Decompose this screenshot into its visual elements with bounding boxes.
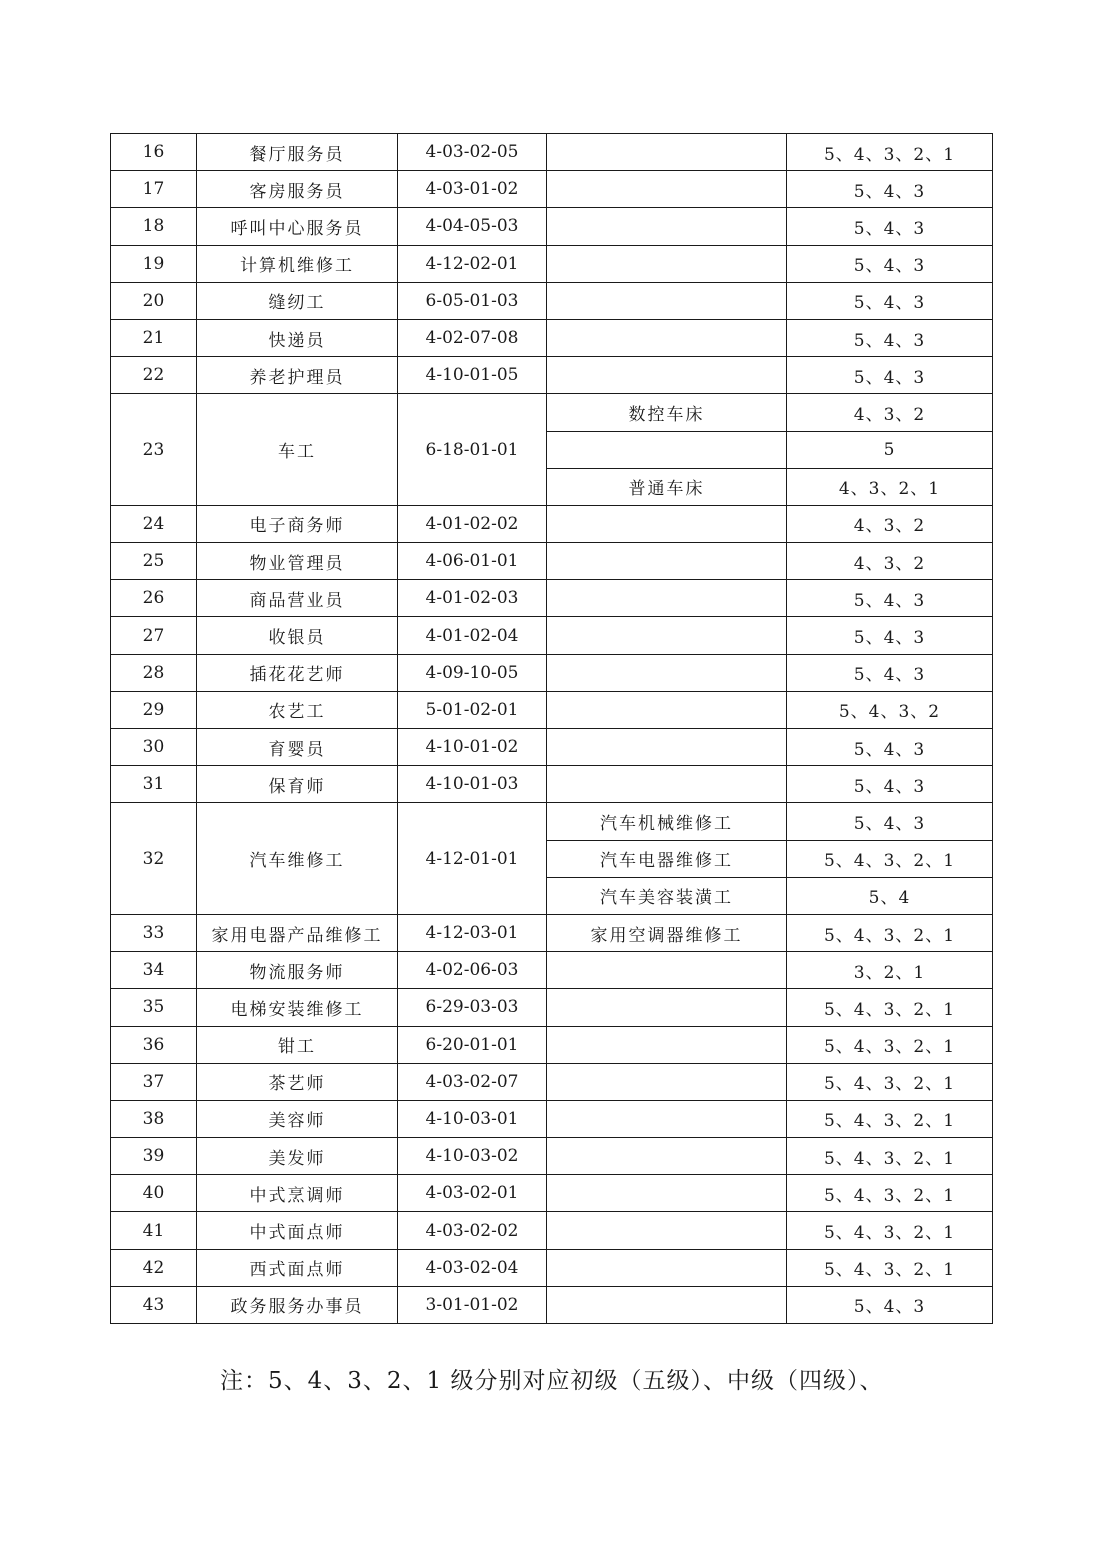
work-direction [547, 1175, 787, 1212]
work-direction: 汽车美容装潢工 [547, 877, 787, 914]
occupation-code: 4-01-02-02 [398, 505, 547, 542]
work-direction [547, 357, 787, 394]
occupation-name: 缝纫工 [197, 282, 398, 319]
occupation-code: 6-20-01-01 [398, 1026, 547, 1063]
occupation-name: 收银员 [197, 617, 398, 654]
skill-levels: 5、4、3 [787, 171, 993, 208]
row-number: 37 [111, 1063, 197, 1100]
occupation-name: 车工 [197, 394, 398, 506]
row-number: 39 [111, 1138, 197, 1175]
occupation-code: 4-03-02-02 [398, 1212, 547, 1249]
skill-levels: 5、4、3、2、1 [787, 989, 993, 1026]
row-number: 26 [111, 580, 197, 617]
occupation-name: 电子商务师 [197, 505, 398, 542]
table-row: 24电子商务师4-01-02-024、3、2 [111, 505, 993, 542]
row-number: 22 [111, 357, 197, 394]
row-number: 30 [111, 729, 197, 766]
work-direction [547, 245, 787, 282]
occupation-code: 5-01-02-01 [398, 691, 547, 728]
table-row: 37茶艺师4-03-02-075、4、3、2、1 [111, 1063, 993, 1100]
skill-levels: 5、4、3 [787, 282, 993, 319]
row-number: 35 [111, 989, 197, 1026]
occupation-name: 插花花艺师 [197, 654, 398, 691]
occupation-name: 美发师 [197, 1138, 398, 1175]
occupation-code: 4-12-01-01 [398, 803, 547, 915]
table-row: 39美发师4-10-03-025、4、3、2、1 [111, 1138, 993, 1175]
skill-levels: 5、4、3、2、1 [787, 1138, 993, 1175]
row-number: 40 [111, 1175, 197, 1212]
table-row: 33家用电器产品维修工4-12-03-01家用空调器维修工5、4、3、2、1 [111, 914, 993, 951]
row-number: 31 [111, 766, 197, 803]
work-direction [547, 319, 787, 356]
work-direction: 普通车床 [547, 468, 787, 505]
occupation-name: 中式面点师 [197, 1212, 398, 1249]
work-direction [547, 1026, 787, 1063]
table-row: 28插花花艺师4-09-10-055、4、3 [111, 654, 993, 691]
table-row: 20缝纫工6-05-01-035、4、3 [111, 282, 993, 319]
occupation-name: 物流服务师 [197, 952, 398, 989]
occupation-code: 4-10-01-05 [398, 357, 547, 394]
row-number: 20 [111, 282, 197, 319]
occupation-name: 快递员 [197, 319, 398, 356]
work-direction [547, 691, 787, 728]
skill-levels: 5、4、3、2 [787, 691, 993, 728]
occupation-code: 3-01-01-02 [398, 1286, 547, 1323]
skill-levels: 5、4、3、2、1 [787, 1063, 993, 1100]
skill-levels: 5、4、3、2、1 [787, 1100, 993, 1137]
work-direction [547, 1212, 787, 1249]
work-direction [547, 1286, 787, 1323]
skill-levels: 5、4、3、2、1 [787, 1175, 993, 1212]
occupation-table-body: 16餐厅服务员4-03-02-055、4、3、2、117客房服务员4-03-01… [111, 134, 993, 1324]
row-number: 28 [111, 654, 197, 691]
work-direction [547, 729, 787, 766]
occupation-name: 客房服务员 [197, 171, 398, 208]
work-direction [547, 654, 787, 691]
occupation-table: 16餐厅服务员4-03-02-055、4、3、2、117客房服务员4-03-01… [110, 133, 993, 1324]
occupation-code: 4-01-02-04 [398, 617, 547, 654]
work-direction [547, 505, 787, 542]
row-number: 38 [111, 1100, 197, 1137]
skill-levels: 5、4、3、2、1 [787, 840, 993, 877]
row-number: 34 [111, 952, 197, 989]
occupation-code: 4-04-05-03 [398, 208, 547, 245]
work-direction: 数控车床 [547, 394, 787, 431]
table-row: 32汽车维修工4-12-01-01汽车机械维修工5、4、3 [111, 803, 993, 840]
table-row: 41中式面点师4-03-02-025、4、3、2、1 [111, 1212, 993, 1249]
occupation-code: 4-03-02-05 [398, 134, 547, 171]
work-direction [547, 431, 787, 468]
occupation-name: 保育师 [197, 766, 398, 803]
occupation-name: 农艺工 [197, 691, 398, 728]
skill-levels: 5、4、3 [787, 208, 993, 245]
row-number: 43 [111, 1286, 197, 1323]
table-row: 35电梯安装维修工6-29-03-035、4、3、2、1 [111, 989, 993, 1026]
occupation-name: 电梯安装维修工 [197, 989, 398, 1026]
occupation-name: 餐厅服务员 [197, 134, 398, 171]
table-row: 25物业管理员4-06-01-014、3、2 [111, 543, 993, 580]
table-row: 42西式面点师4-03-02-045、4、3、2、1 [111, 1249, 993, 1286]
work-direction: 汽车机械维修工 [547, 803, 787, 840]
occupation-code: 4-01-02-03 [398, 580, 547, 617]
row-number: 19 [111, 245, 197, 282]
occupation-code: 4-03-01-02 [398, 171, 547, 208]
occupation-code: 6-29-03-03 [398, 989, 547, 1026]
table-row: 36钳工6-20-01-015、4、3、2、1 [111, 1026, 993, 1063]
occupation-name: 计算机维修工 [197, 245, 398, 282]
occupation-name: 美容师 [197, 1100, 398, 1137]
table-row: 21快递员4-02-07-085、4、3 [111, 319, 993, 356]
work-direction [547, 282, 787, 319]
skill-levels: 5、4、3、2、1 [787, 914, 993, 951]
skill-levels: 5、4、3、2、1 [787, 1249, 993, 1286]
row-number: 32 [111, 803, 197, 915]
table-row: 26商品营业员4-01-02-035、4、3 [111, 580, 993, 617]
occupation-code: 4-10-01-02 [398, 729, 547, 766]
row-number: 29 [111, 691, 197, 728]
skill-levels: 5、4、3 [787, 766, 993, 803]
occupation-name: 商品营业员 [197, 580, 398, 617]
table-row: 30育婴员4-10-01-025、4、3 [111, 729, 993, 766]
occupation-name: 育婴员 [197, 729, 398, 766]
work-direction [547, 989, 787, 1026]
work-direction [547, 766, 787, 803]
occupation-code: 4-10-03-01 [398, 1100, 547, 1137]
occupation-code: 4-03-02-04 [398, 1249, 547, 1286]
footnote: 注：5、4、3、2、1 级分别对应初级（五级）、中级（四级）、 [220, 1362, 883, 1395]
work-direction [547, 580, 787, 617]
occupation-code: 4-12-02-01 [398, 245, 547, 282]
skill-levels: 5、4、3 [787, 357, 993, 394]
skill-levels: 5、4、3 [787, 617, 993, 654]
work-direction [547, 1063, 787, 1100]
table-row: 31保育师4-10-01-035、4、3 [111, 766, 993, 803]
occupation-name: 呼叫中心服务员 [197, 208, 398, 245]
work-direction [547, 1249, 787, 1286]
work-direction [547, 1138, 787, 1175]
skill-levels: 3、2、1 [787, 952, 993, 989]
row-number: 42 [111, 1249, 197, 1286]
skill-levels: 5、4、3 [787, 245, 993, 282]
occupation-name: 物业管理员 [197, 543, 398, 580]
row-number: 18 [111, 208, 197, 245]
skill-levels: 5、4、3 [787, 580, 993, 617]
table-row: 16餐厅服务员4-03-02-055、4、3、2、1 [111, 134, 993, 171]
occupation-code: 4-03-02-07 [398, 1063, 547, 1100]
occupation-code: 4-06-01-01 [398, 543, 547, 580]
table-row: 29农艺工5-01-02-015、4、3、2 [111, 691, 993, 728]
table-row: 43政务服务办事员3-01-01-025、4、3 [111, 1286, 993, 1323]
skill-levels: 4、3、2、1 [787, 468, 993, 505]
row-number: 24 [111, 505, 197, 542]
skill-levels: 5、4、3 [787, 319, 993, 356]
occupation-name: 家用电器产品维修工 [197, 914, 398, 951]
occupation-name: 茶艺师 [197, 1063, 398, 1100]
skill-levels: 5、4、3 [787, 803, 993, 840]
row-number: 33 [111, 914, 197, 951]
table-row: 27收银员4-01-02-045、4、3 [111, 617, 993, 654]
occupation-name: 钳工 [197, 1026, 398, 1063]
row-number: 41 [111, 1212, 197, 1249]
skill-levels: 5、4 [787, 877, 993, 914]
skill-levels: 5、4、3、2、1 [787, 1212, 993, 1249]
occupation-code: 4-03-02-01 [398, 1175, 547, 1212]
row-number: 36 [111, 1026, 197, 1063]
occupation-name: 汽车维修工 [197, 803, 398, 915]
row-number: 23 [111, 394, 197, 506]
document-page: 16餐厅服务员4-03-02-055、4、3、2、117客房服务员4-03-01… [0, 0, 1102, 1559]
occupation-code: 4-12-03-01 [398, 914, 547, 951]
skill-levels: 4、3、2 [787, 394, 993, 431]
work-direction [547, 208, 787, 245]
occupation-name: 西式面点师 [197, 1249, 398, 1286]
work-direction [547, 543, 787, 580]
occupation-code: 6-05-01-03 [398, 282, 547, 319]
table-row: 38美容师4-10-03-015、4、3、2、1 [111, 1100, 993, 1137]
row-number: 21 [111, 319, 197, 356]
occupation-name: 政务服务办事员 [197, 1286, 398, 1323]
skill-levels: 5、4、3 [787, 654, 993, 691]
work-direction [547, 952, 787, 989]
table-row: 19计算机维修工4-12-02-015、4、3 [111, 245, 993, 282]
skill-levels: 5、4、3、2、1 [787, 1026, 993, 1063]
occupation-code: 4-10-01-03 [398, 766, 547, 803]
occupation-name: 中式烹调师 [197, 1175, 398, 1212]
row-number: 16 [111, 134, 197, 171]
table-row: 22养老护理员4-10-01-055、4、3 [111, 357, 993, 394]
work-direction [547, 134, 787, 171]
skill-levels: 4、3、2 [787, 505, 993, 542]
table-row: 17客房服务员4-03-01-025、4、3 [111, 171, 993, 208]
work-direction [547, 617, 787, 654]
occupation-code: 4-09-10-05 [398, 654, 547, 691]
work-direction [547, 171, 787, 208]
table-row: 23车工6-18-01-01数控车床4、3、2 [111, 394, 993, 431]
row-number: 27 [111, 617, 197, 654]
occupation-code: 4-02-07-08 [398, 319, 547, 356]
table-row: 18呼叫中心服务员4-04-05-035、4、3 [111, 208, 993, 245]
occupation-name: 养老护理员 [197, 357, 398, 394]
skill-levels: 5 [787, 431, 993, 468]
skill-levels: 5、4、3 [787, 729, 993, 766]
table-row: 34物流服务师4-02-06-033、2、1 [111, 952, 993, 989]
skill-levels: 5、4、3、2、1 [787, 134, 993, 171]
occupation-code: 4-10-03-02 [398, 1138, 547, 1175]
table-row: 40中式烹调师4-03-02-015、4、3、2、1 [111, 1175, 993, 1212]
skill-levels: 5、4、3 [787, 1286, 993, 1323]
work-direction: 汽车电器维修工 [547, 840, 787, 877]
skill-levels: 4、3、2 [787, 543, 993, 580]
row-number: 17 [111, 171, 197, 208]
work-direction [547, 1100, 787, 1137]
occupation-code: 4-02-06-03 [398, 952, 547, 989]
occupation-code: 6-18-01-01 [398, 394, 547, 506]
work-direction: 家用空调器维修工 [547, 914, 787, 951]
row-number: 25 [111, 543, 197, 580]
